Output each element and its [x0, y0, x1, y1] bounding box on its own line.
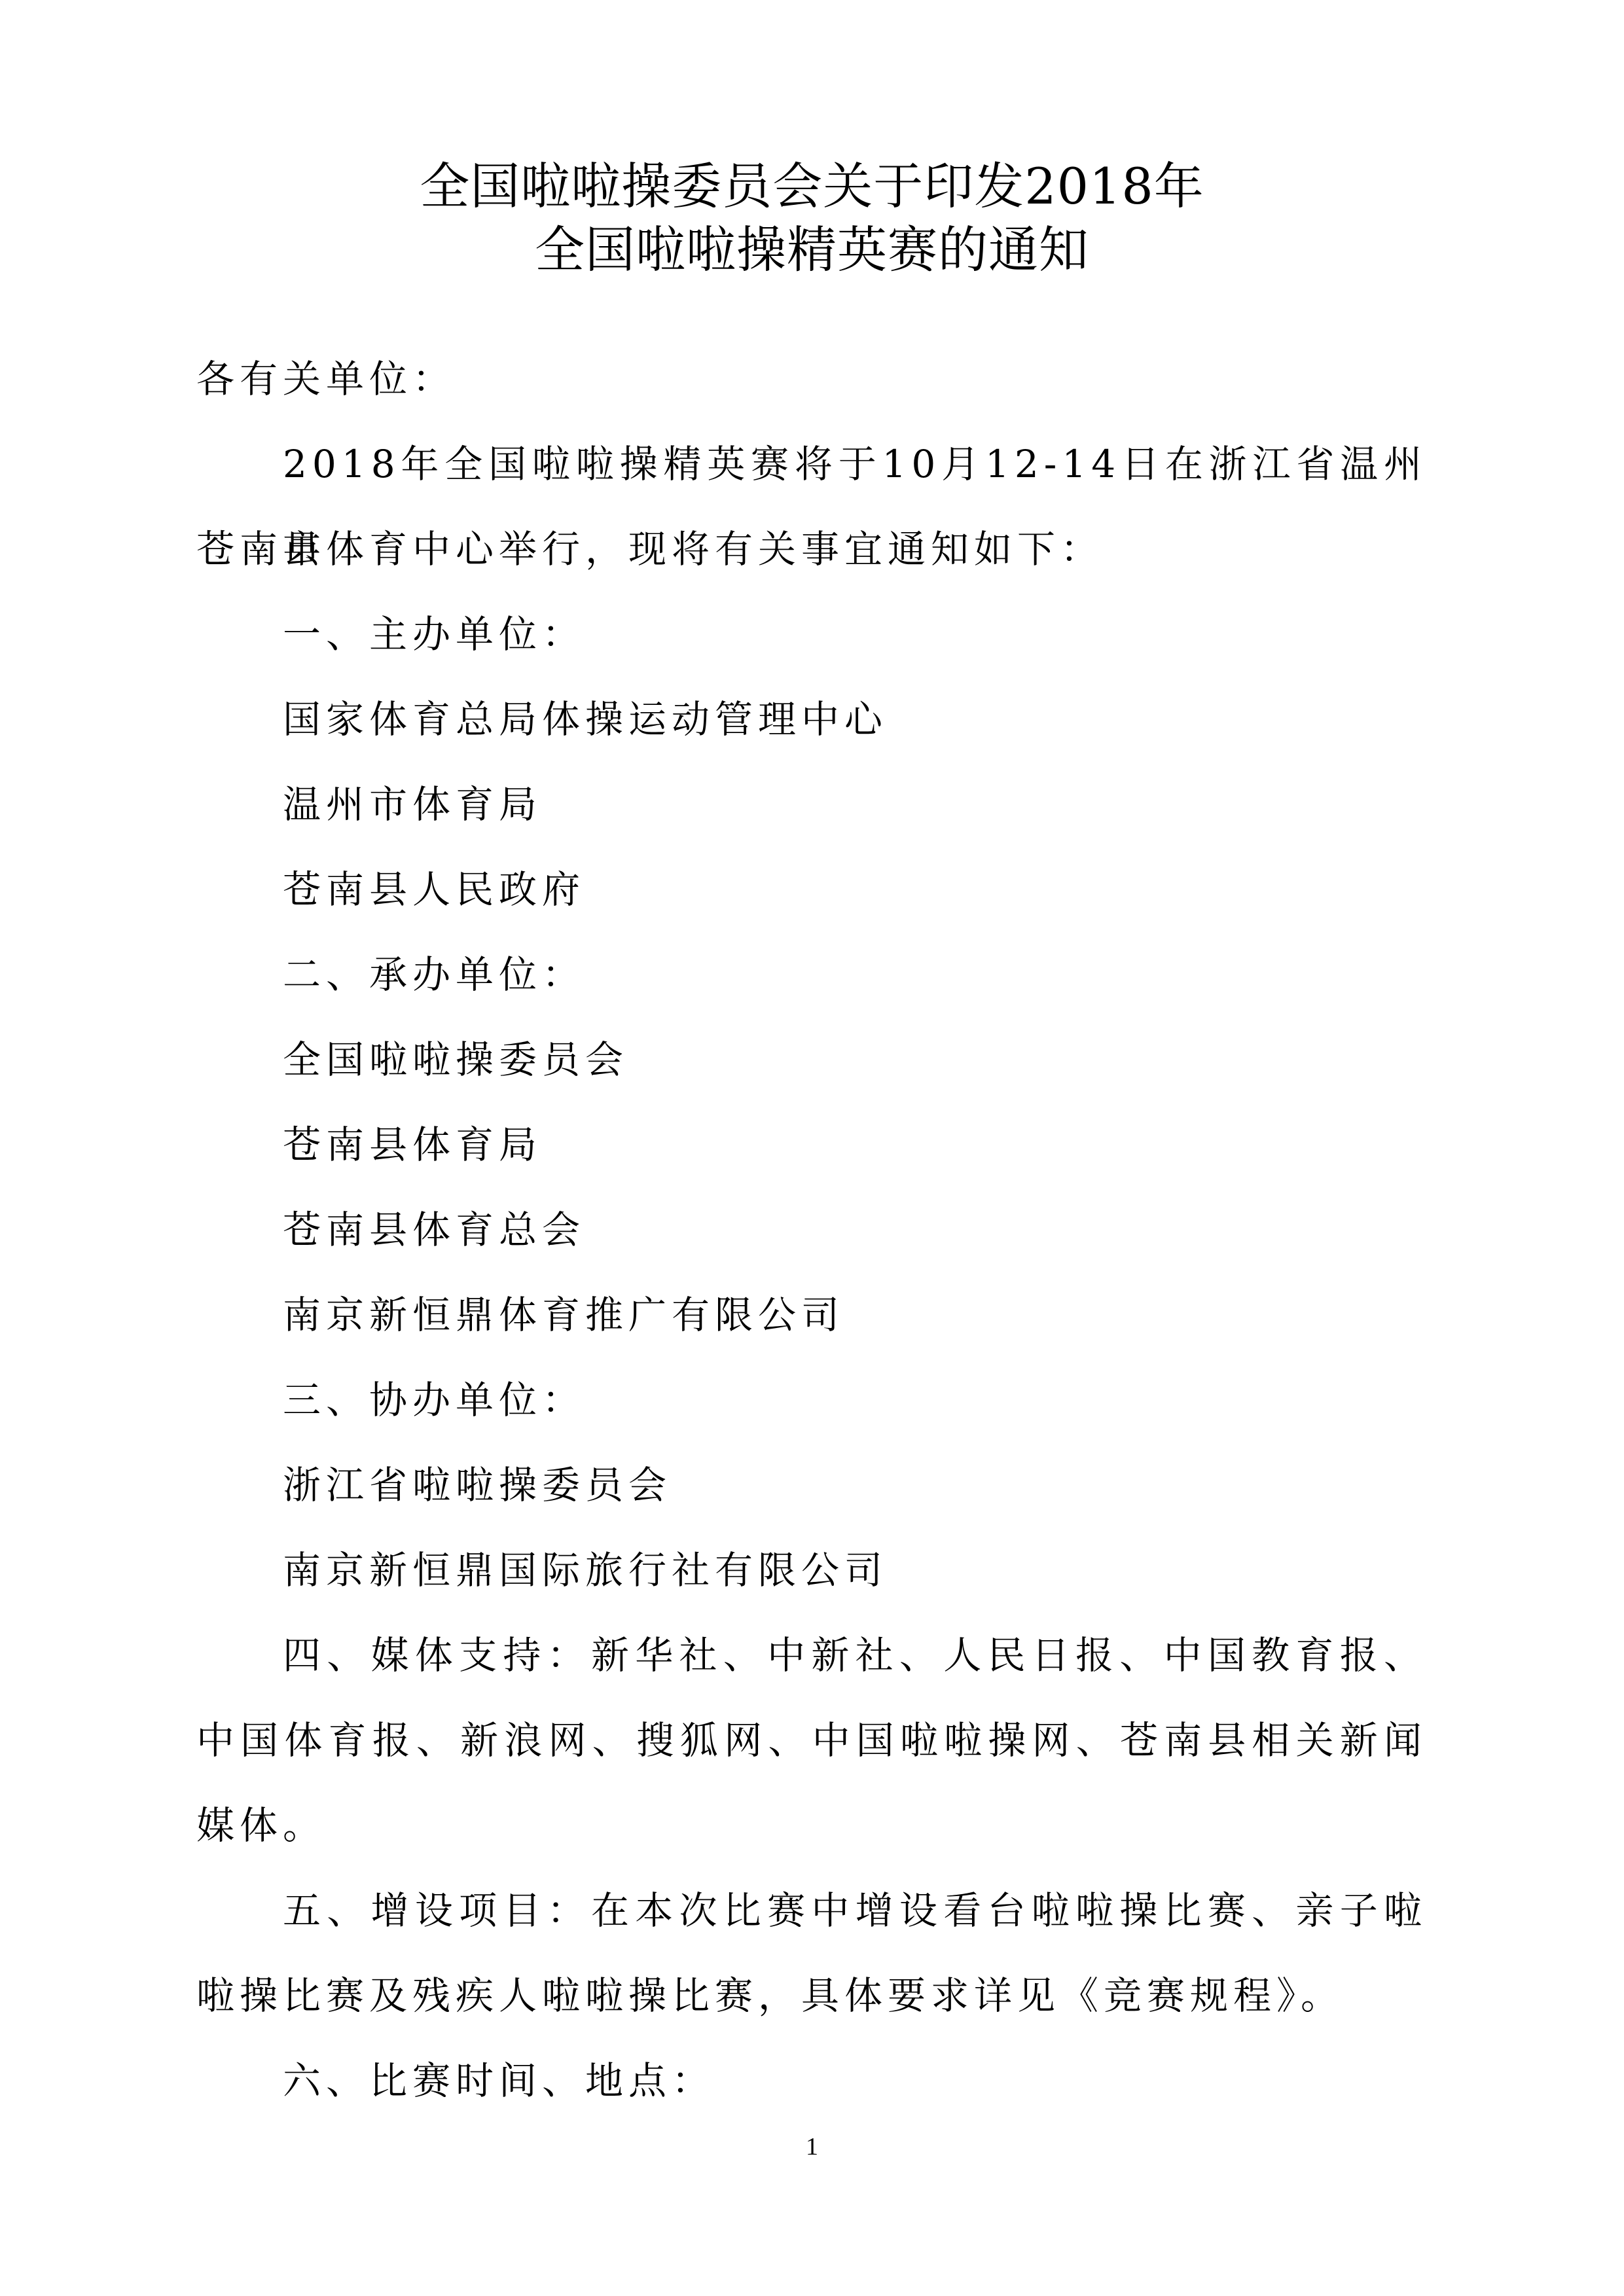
media-support-line-3: 媒体。 [196, 1783, 1427, 1868]
document-page: 全国啦啦操委员会关于印发2018年 全国啦啦操精英赛的通知 各有关单位： 201… [0, 0, 1624, 2296]
section-heading-organizers: 一、主办单位： [196, 592, 1427, 677]
host-item: 苍南县体育总会 [196, 1187, 1427, 1272]
page-number: 1 [0, 2132, 1624, 2161]
intro-paragraph-line-1: 2018年全国啦啦操精英赛将于10月12-14日在浙江省温州市 [196, 422, 1427, 507]
added-events-line-2: 啦操比赛及残疾人啦啦操比赛，具体要求详见《竞赛规程》。 [196, 1953, 1427, 2038]
co-organizer-item: 浙江省啦啦操委员会 [196, 1443, 1427, 1528]
organizer-item: 苍南县人民政府 [196, 847, 1427, 932]
organizer-item: 温州市体育局 [196, 762, 1427, 847]
host-item: 全国啦啦操委员会 [196, 1017, 1427, 1102]
section-heading-hosts: 二、承办单位： [196, 932, 1427, 1017]
section-heading-time-place: 六、比赛时间、地点： [196, 2038, 1427, 2123]
document-title-line-2: 全国啦啦操精英赛的通知 [0, 218, 1624, 281]
document-title-line-1: 全国啦啦操委员会关于印发2018年 [0, 154, 1624, 218]
host-item: 南京新恒鼎体育推广有限公司 [196, 1272, 1427, 1357]
co-organizer-item: 南京新恒鼎国际旅行社有限公司 [196, 1528, 1427, 1613]
media-support-line-2: 中国体育报、新浪网、搜狐网、中国啦啦操网、苍南县相关新闻 [196, 1698, 1427, 1783]
organizer-item: 国家体育总局体操运动管理中心 [196, 677, 1427, 762]
section-heading-co-organizers: 三、协办单位： [196, 1357, 1427, 1443]
media-support-line-1: 四、媒体支持：新华社、中新社、人民日报、中国教育报、 [196, 1613, 1427, 1698]
added-events-line-1: 五、增设项目：在本次比赛中增设看台啦啦操比赛、亲子啦 [196, 1868, 1427, 1953]
host-item: 苍南县体育局 [196, 1102, 1427, 1187]
intro-paragraph-line-2: 苍南县体育中心举行，现将有关事宜通知如下： [196, 507, 1427, 592]
salutation: 各有关单位： [196, 336, 1427, 422]
document-body: 各有关单位： 2018年全国啦啦操精英赛将于10月12-14日在浙江省温州市 苍… [196, 336, 1427, 2123]
